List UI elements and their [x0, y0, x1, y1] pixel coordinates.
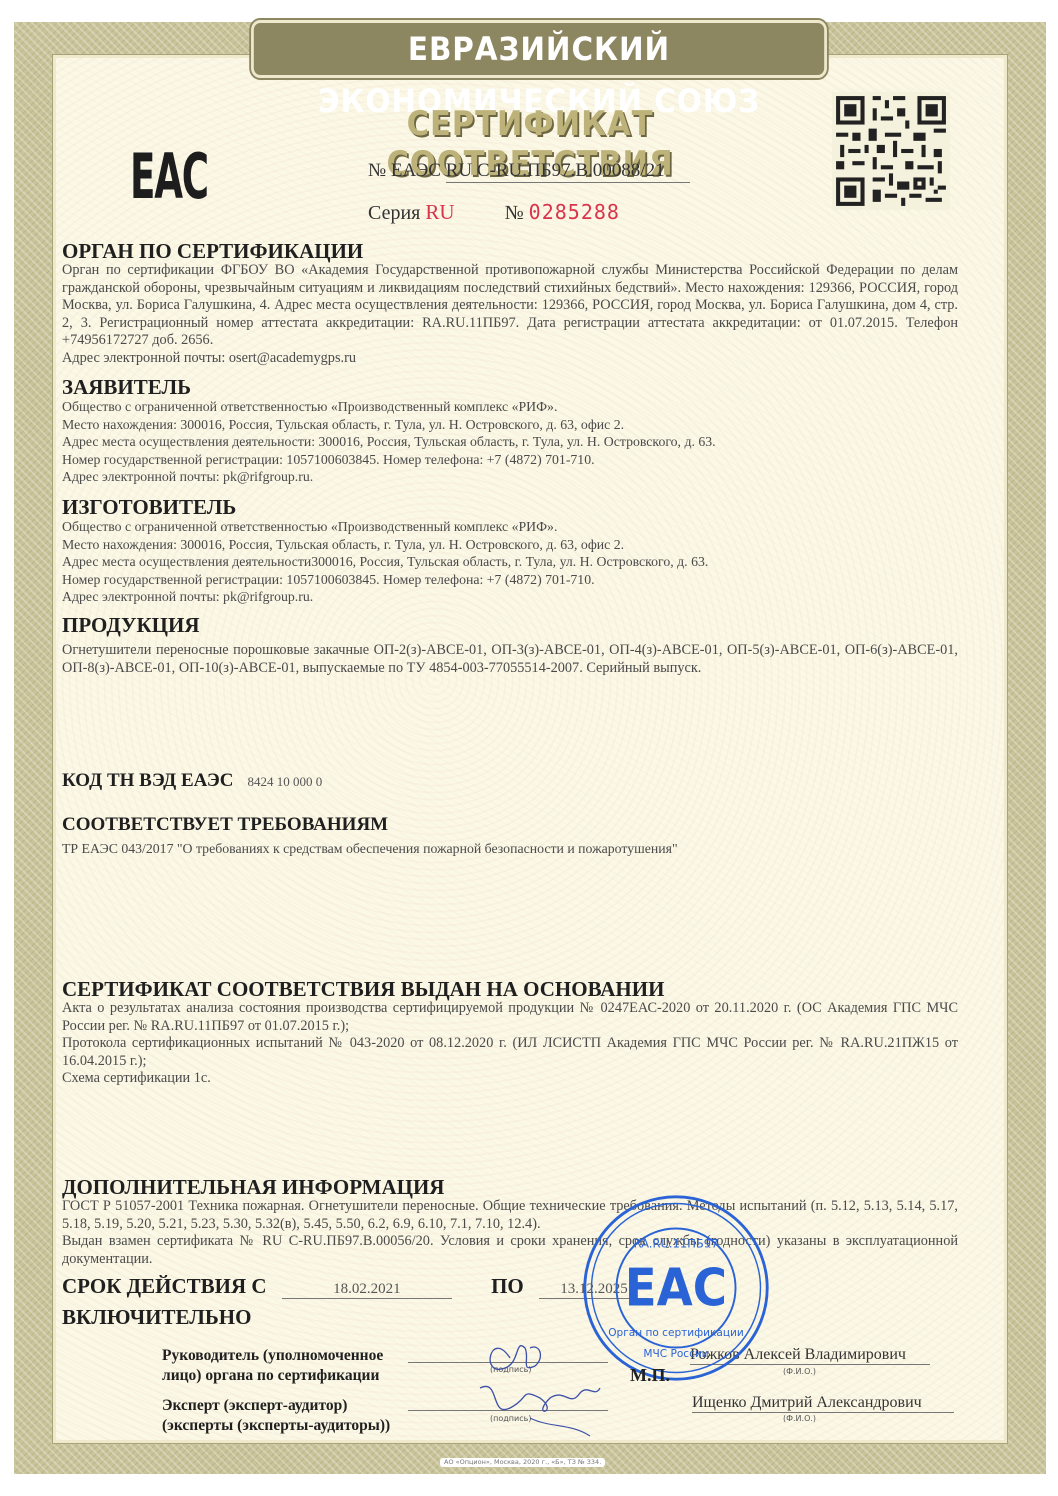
head-label-line: Руководитель (уполномоченное	[162, 1346, 383, 1366]
svg-text:RA.RU.11ПБ97: RA.RU.11ПБ97	[634, 1237, 719, 1251]
svg-text:Орган по сертификации: Орган по сертификации	[608, 1327, 744, 1339]
applicant-line: Номер государственной регистрации: 10571…	[62, 451, 958, 469]
manufacturer-line: Адрес электронной почты: pk@rifgroup.ru.	[62, 588, 958, 606]
stamp-mark-label: М.П.	[630, 1365, 670, 1386]
applicant-line: Адрес места осуществления деятельности: …	[62, 433, 958, 451]
applicant-heading: ЗАЯВИТЕЛЬ	[62, 376, 958, 398]
manufacturer-section: ИЗГОТОВИТЕЛЬ Общество с ограниченной отв…	[62, 496, 958, 606]
series-label: Серия	[368, 202, 420, 224]
head-label-line: лицо) органа по сертификации	[162, 1366, 383, 1386]
expert-label-line: (эксперты (эксперты-аудиторы))	[162, 1416, 390, 1436]
basis-text-act: Акта о результатах анализа состояния про…	[62, 1000, 958, 1035]
official-seal-stamp-icon: ЕАС RA.RU.11ПБ97 Орган по сертификации М…	[580, 1192, 772, 1384]
tn-ved-label: КОД ТН ВЭД ЕАЭС	[62, 770, 233, 791]
additional-section: ДОПОЛНИТЕЛЬНАЯ ИНФОРМАЦИЯ ГОСТ Р 51057-2…	[62, 1176, 958, 1268]
organ-heading: ОРГАН ПО СЕРТИФИКАЦИИ	[62, 240, 958, 262]
expert-label-line: Эксперт (эксперт-аудитор)	[162, 1396, 390, 1416]
organ-email: Адрес электронной почты: osert@academygp…	[62, 350, 958, 368]
product-section: ПРОДУКЦИЯ Огнетушители переносные порошк…	[62, 614, 958, 677]
organ-section: ОРГАН ПО СЕРТИФИКАЦИИ Орган по сертифика…	[62, 240, 958, 368]
registration-number-line: № ЕАЭС RU C-RU.ПБ97.В.00088/21	[368, 160, 690, 183]
applicant-line: Общество с ограниченной ответственностью…	[62, 398, 958, 416]
validity-from-label: СРОК ДЕЙСТВИЯ С	[62, 1274, 267, 1298]
manufacturer-line: Место нахождения: 300016, Россия, Тульск…	[62, 536, 958, 554]
expert-fio-sublabel: (Ф.И.О.)	[783, 1414, 816, 1423]
tn-ved-section: КОД ТН ВЭД ЕАЭС 8424 10 000 0	[62, 770, 958, 792]
manufacturer-line: Номер государственной регистрации: 10571…	[62, 571, 958, 589]
product-heading: ПРОДУКЦИЯ	[62, 614, 958, 636]
basis-heading: СЕРТИФИКАТ СООТВЕТСТВИЯ ВЫДАН НА ОСНОВАН…	[62, 978, 958, 1000]
basis-text-protocol: Протокола сертификационных испытаний № 0…	[62, 1035, 958, 1070]
basis-text-scheme: Схема сертификации 1с.	[62, 1070, 958, 1088]
tn-ved-value: 8424 10 000 0	[247, 774, 322, 789]
expert-fullname: Ищенко Дмитрий Александрович	[692, 1394, 954, 1413]
applicant-section: ЗАЯВИТЕЛЬ Общество с ограниченной ответс…	[62, 376, 958, 486]
additional-text-replaced: Выдан взамен сертификата № RU C-RU.ПБ97.…	[62, 1233, 958, 1268]
svg-text:МЧС России: МЧС России	[643, 1348, 708, 1360]
manufacturer-line: Общество с ограниченной ответственностью…	[62, 518, 958, 536]
eac-logo-icon: ЕАС	[130, 140, 208, 213]
printer-footer: АО «Опцион», Москва, 2020 г., «Б», ТЗ № …	[440, 1458, 605, 1467]
basis-section: СЕРТИФИКАТ СООТВЕТСТВИЯ ВЫДАН НА ОСНОВАН…	[62, 978, 958, 1088]
requirements-section: СООТВЕТСТВУЕТ ТРЕБОВАНИЯМ ТР ЕАЭС 043/20…	[62, 814, 958, 858]
head-label: Руководитель (уполномоченное лицо) орган…	[162, 1346, 383, 1386]
expert-label: Эксперт (эксперт-аудитор) (эксперты (экс…	[162, 1396, 390, 1436]
form-number: 0285288	[529, 200, 620, 224]
requirements-heading: СООТВЕТСТВУЕТ ТРЕБОВАНИЯМ	[62, 814, 958, 836]
validity-from-date: 18.02.2021	[282, 1281, 452, 1299]
qr-code-icon	[832, 92, 950, 210]
additional-text-gost: ГОСТ Р 51057-2001 Техника пожарная. Огне…	[62, 1198, 958, 1233]
series-line: Серия RU № 0285288	[368, 200, 620, 225]
manufacturer-heading: ИЗГОТОВИТЕЛЬ	[62, 496, 958, 518]
union-title-banner: ЕВРАЗИЙСКИЙ ЭКОНОМИЧЕСКИЙ СОЮЗ	[251, 20, 827, 78]
validity-to-label: ПО	[491, 1274, 524, 1298]
svg-text:ЕАС: ЕАС	[625, 1257, 727, 1318]
manufacturer-line: Адрес места осуществления деятельности30…	[62, 553, 958, 571]
number-prefix: №	[505, 202, 524, 224]
requirements-text: ТР ЕАЭС 043/2017 "О требованиях к средст…	[62, 840, 958, 858]
additional-heading: ДОПОЛНИТЕЛЬНАЯ ИНФОРМАЦИЯ	[62, 1176, 958, 1198]
series-value: RU	[425, 200, 454, 224]
registration-number: RU C-RU.ПБ97.В.00088/21	[446, 160, 690, 183]
applicant-line: Место нахождения: 300016, Россия, Тульск…	[62, 416, 958, 434]
organ-text: Орган по сертификации ФГБОУ ВО «Академия…	[62, 262, 958, 350]
head-fio-sublabel: (Ф.И.О.)	[783, 1367, 816, 1376]
applicant-line: Адрес электронной почты: pk@rifgroup.ru.	[62, 468, 958, 486]
product-text: Огнетушители переносные порошковые закач…	[62, 642, 958, 677]
registration-prefix: № ЕАЭС	[368, 160, 441, 181]
